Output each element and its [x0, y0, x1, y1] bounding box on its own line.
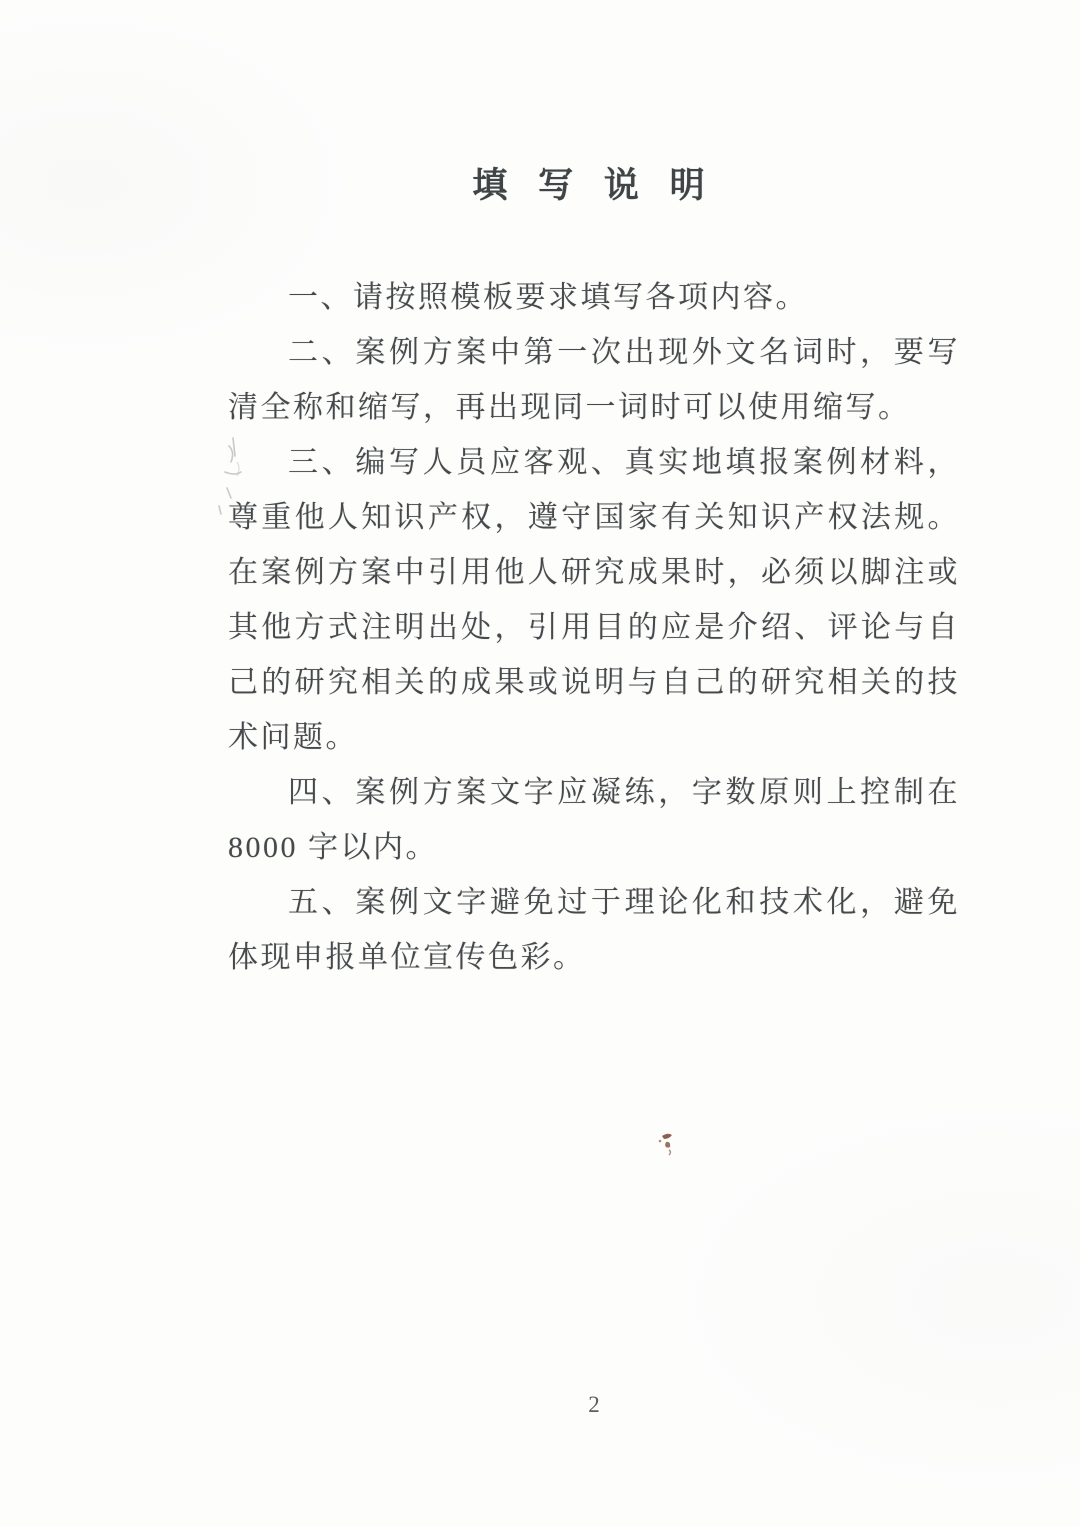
instruction-item-3: 三、编写人员应客观、真实地填报案例材料，尊重他人知识产权，遵守国家有关知识产权法…: [228, 435, 960, 765]
instruction-item-2: 二、案例方案中第一次出现外文名词时，要写清全称和缩写，再出现同一词时可以使用缩写…: [228, 325, 960, 435]
page-title: 填 写 说 明: [228, 158, 960, 208]
instruction-item-1: 一、请按照模板要求填写各项内容。: [228, 270, 960, 325]
page-number: 2: [228, 1392, 960, 1418]
instruction-item-5: 五、案例文字避免过于理论化和技术化，避免体现申报单位宣传色彩。: [228, 875, 960, 985]
document-page: 填 写 说 明 一、请按照模板要求填写各项内容。 二、案例方案中第一次出现外文名…: [0, 0, 1080, 1527]
ink-speck-mark: [652, 1122, 688, 1166]
instruction-item-4: 四、案例方案文字应凝练，字数原则上控制在 8000 字以内。: [228, 765, 960, 875]
instructions-body: 一、请按照模板要求填写各项内容。 二、案例方案中第一次出现外文名词时，要写清全称…: [228, 270, 960, 985]
